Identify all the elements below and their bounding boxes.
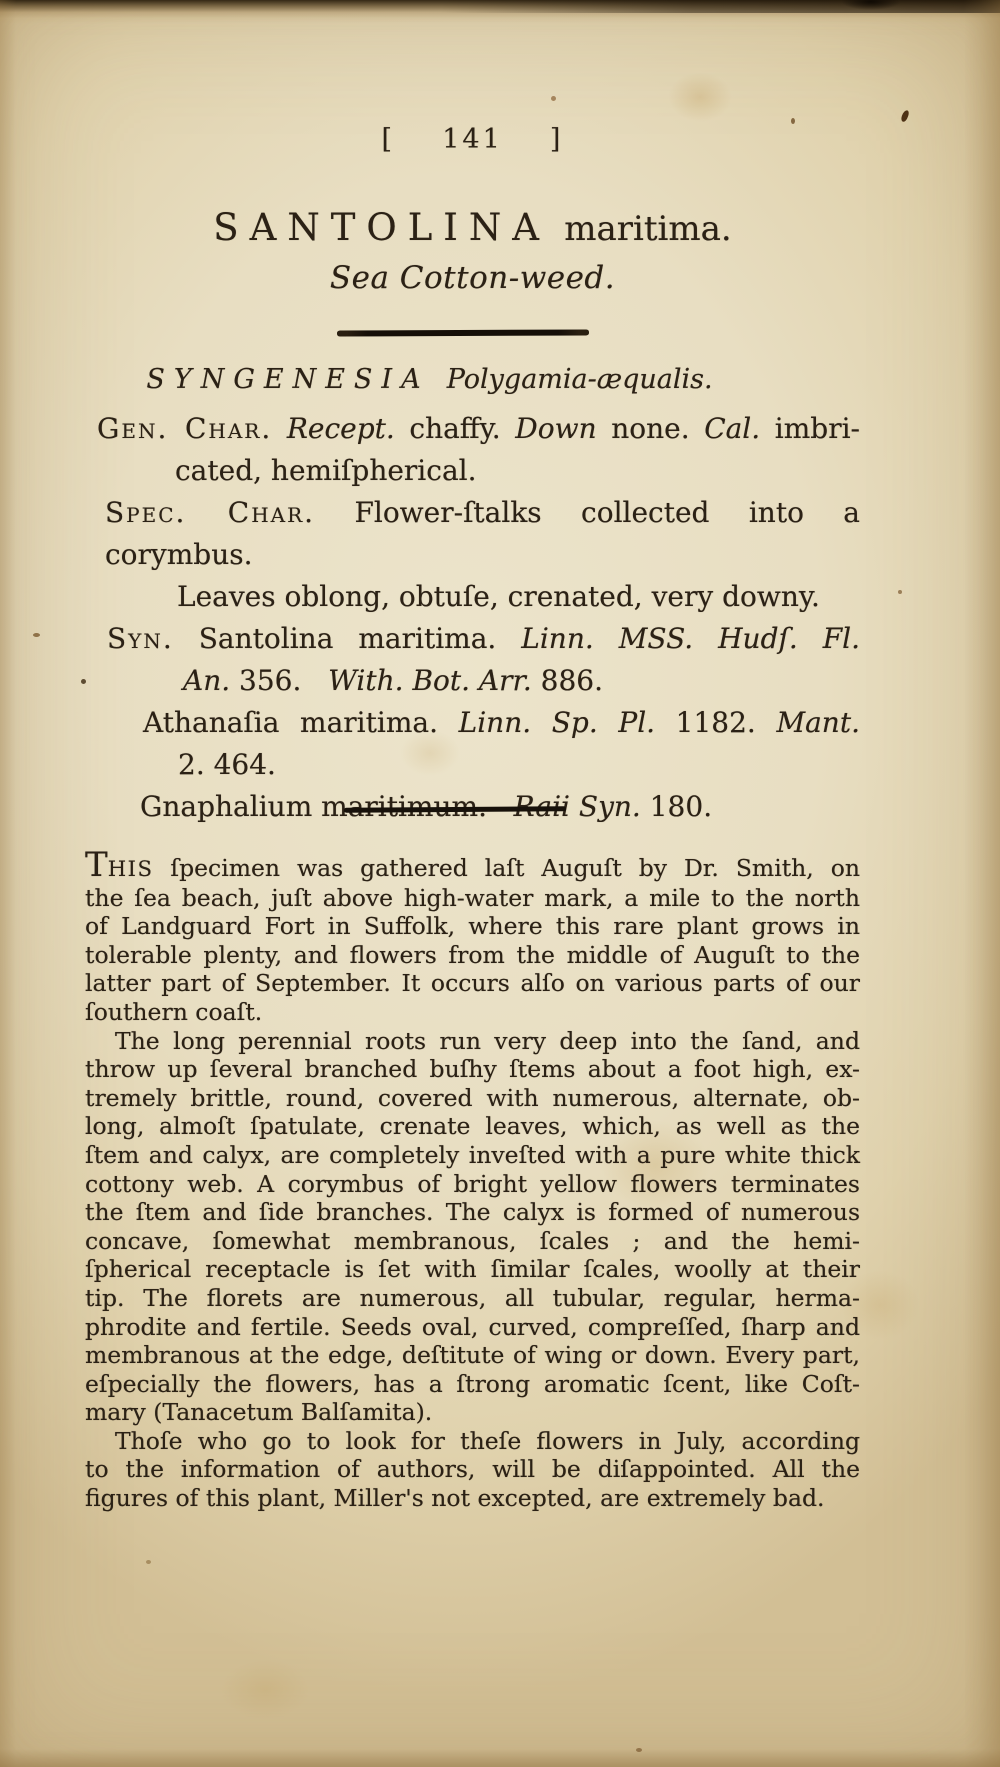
text-line: latter part of September. It occurs alſo… bbox=[85, 969, 860, 998]
linnaean-classification: SYNGENESIA Polygamia-æqualis. bbox=[85, 364, 860, 395]
text-segment: the ſtem and ſide branches. The calyx is… bbox=[85, 1198, 860, 1226]
text-line: The long perennial roots run very deep i… bbox=[85, 1027, 860, 1056]
text-line: eſpecially the flowers, has a ſtrong aro… bbox=[85, 1370, 860, 1399]
text-segment: HIS bbox=[108, 856, 154, 881]
text-line: Gen. Char. Recept. chaffy. Down none. Ca… bbox=[85, 408, 860, 450]
text-line: Athanaſia maritima. Linn. Sp. Pl. 1182. … bbox=[85, 702, 860, 744]
text-segment: Gen. Char. bbox=[97, 412, 272, 445]
paper-speck bbox=[900, 109, 909, 122]
text-segment: none. bbox=[597, 412, 705, 445]
text-segment: tremely brittle, round, covered with num… bbox=[85, 1084, 860, 1112]
text-segment: Santolina maritima. bbox=[174, 622, 521, 655]
text-segment: throw up ſeveral branched buſhy ſtems ab… bbox=[85, 1055, 860, 1083]
text-segment: latter part of September. It occurs alſo… bbox=[85, 969, 860, 997]
text-segment: 886. bbox=[532, 664, 603, 697]
text-segment: to the information of authors, will be d… bbox=[85, 1455, 860, 1483]
paper-speck bbox=[898, 590, 902, 594]
text-segment: the ſea beach, juſt above high-water mar… bbox=[85, 884, 860, 912]
text-segment: Athanaſia maritima. bbox=[143, 706, 459, 739]
text-segment: The long perennial roots run very deep i… bbox=[115, 1027, 860, 1055]
top-edge-blotch bbox=[842, 0, 900, 10]
foxing-stain bbox=[220, 1660, 310, 1720]
class-name: SYNGENESIA bbox=[146, 364, 429, 395]
page-left-edge bbox=[0, 0, 16, 1767]
text-segment: cottony web. A corymbus of bright yellow… bbox=[85, 1170, 860, 1198]
text-segment: concave, ſomewhat membranous, ſcales ; a… bbox=[85, 1227, 860, 1255]
text-line: Spec. Char. Flower-ſtalks collected into… bbox=[85, 492, 860, 576]
text-line: to the information of authors, will be d… bbox=[85, 1455, 860, 1484]
text-line: Thoſe who go to look for theſe flowers i… bbox=[85, 1427, 860, 1456]
text-segment: ſouthern coaſt. bbox=[85, 998, 262, 1026]
paper-speck bbox=[146, 1560, 151, 1564]
text-line: tip. The florets are numerous, all tubul… bbox=[85, 1284, 860, 1313]
text-line: phrodite and fertile. Seeds oval, curved… bbox=[85, 1313, 860, 1342]
page-top-edge-shadow bbox=[440, 0, 1000, 13]
text-segment: Down bbox=[515, 412, 596, 445]
text-segment: Syn. bbox=[107, 622, 174, 655]
foxing-stain bbox=[668, 72, 732, 122]
text-line: membranous at the edge, deſtitute of win… bbox=[85, 1341, 860, 1370]
text-line: concave, ſomewhat membranous, ſcales ; a… bbox=[85, 1227, 860, 1256]
description-text: THIS ſpecimen was gathered laſt Auguſt b… bbox=[85, 854, 860, 1513]
text-segment: membranous at the edge, deſtitute of win… bbox=[85, 1341, 860, 1369]
text-segment bbox=[272, 412, 287, 445]
text-segment: phrodite and fertile. Seeds oval, curved… bbox=[85, 1313, 860, 1341]
text-line: cated, hemiſpherical. bbox=[85, 450, 860, 492]
text-segment: Spec. Char. bbox=[105, 496, 315, 529]
text-line: figures of this plant, Miller's not exce… bbox=[85, 1484, 860, 1513]
text-segment: 2. 464. bbox=[178, 748, 276, 781]
text-line: ſouthern coaſt. bbox=[85, 998, 860, 1027]
text-line: of Landguard Fort in Suffolk, where this… bbox=[85, 912, 860, 941]
text-line: long, almoſt ſpatulate, crenate leaves, … bbox=[85, 1112, 860, 1141]
text-segment: chaffy. bbox=[395, 412, 515, 445]
text-segment: 180. bbox=[641, 790, 712, 823]
page-bottom-edge bbox=[0, 1749, 1000, 1767]
text-line: Leaves oblong, obtuſe, crenated, very do… bbox=[85, 576, 860, 618]
character-and-synonymy-section: Gen. Char. Recept. chaffy. Down none. Ca… bbox=[85, 408, 860, 828]
text-segment: imbri- bbox=[760, 412, 860, 445]
text-segment: long, almoſt ſpatulate, crenate leaves, … bbox=[85, 1112, 860, 1140]
text-segment: ſpecimen was gathered laſt Auguſt by Dr.… bbox=[153, 854, 860, 882]
species-epithet: maritima. bbox=[564, 209, 732, 249]
genus-name: SANTOLINA bbox=[213, 206, 550, 249]
text-segment: tip. The florets are numerous, all tubul… bbox=[85, 1284, 860, 1312]
paper-speck bbox=[636, 1748, 642, 1752]
text-segment: Mant. bbox=[776, 706, 860, 739]
text-line: throw up ſeveral branched buſhy ſtems ab… bbox=[85, 1055, 860, 1084]
text-segment: of Landguard Fort in Suffolk, where this… bbox=[85, 912, 860, 940]
text-line: THIS ſpecimen was gathered laſt Auguſt b… bbox=[85, 854, 860, 884]
text-segment: Linn. MSS. Hudſ. Fl. bbox=[521, 622, 860, 655]
text-line: ſtem and calyx, are completely inveſted … bbox=[85, 1141, 860, 1170]
text-line: mary (Tanacetum Balſamita). bbox=[85, 1398, 860, 1427]
text-line: the ſtem and ſide branches. The calyx is… bbox=[85, 1198, 860, 1227]
text-line: tremely brittle, round, covered with num… bbox=[85, 1084, 860, 1113]
text-segment: mary (Tanacetum Balſamita). bbox=[85, 1398, 432, 1426]
text-line: Syn. Santolina maritima. Linn. MSS. Hudſ… bbox=[85, 618, 860, 660]
text-segment: With. Bot. Arr. bbox=[328, 664, 532, 697]
paper-speck bbox=[33, 633, 40, 637]
text-segment: figures of this plant, Miller's not exce… bbox=[85, 1484, 824, 1512]
text-segment: ſpherical receptacle is ſet with ſimilar… bbox=[85, 1255, 860, 1283]
text-line: An. 356. With. Bot. Arr. 886. bbox=[85, 660, 860, 702]
book-page: [ 141 ] SANTOLINA maritima. Sea Cotton-w… bbox=[0, 0, 1000, 1767]
text-segment: ſtem and calyx, are completely inveſted … bbox=[85, 1141, 860, 1169]
text-segment: Cal. bbox=[704, 412, 760, 445]
text-line: cottony web. A corymbus of bright yellow… bbox=[85, 1170, 860, 1199]
text-line: 2. 464. bbox=[85, 744, 860, 786]
text-segment: Leaves oblong, obtuſe, crenated, very do… bbox=[177, 580, 820, 613]
text-line: the ſea beach, juſt above high-water mar… bbox=[85, 884, 860, 913]
page-title: SANTOLINA maritima. bbox=[85, 206, 860, 249]
common-name: Sea Cotton-weed. bbox=[85, 260, 860, 296]
page-right-edge bbox=[964, 0, 1000, 1767]
order-name: Polygamia-æqualis. bbox=[447, 364, 713, 395]
text-segment: tolerable plenty, and flowers from the m… bbox=[85, 941, 860, 969]
text-line: tolerable plenty, and flowers from the m… bbox=[85, 941, 860, 970]
text-segment: An. bbox=[183, 664, 230, 697]
page-number: [ 141 ] bbox=[85, 124, 860, 155]
text-segment: Linn. Sp. Pl. bbox=[459, 706, 655, 739]
text-segment: T bbox=[85, 845, 108, 885]
text-segment: Recept. bbox=[287, 412, 395, 445]
text-segment: Thoſe who go to look for theſe flowers i… bbox=[115, 1427, 860, 1455]
paper-speck bbox=[551, 96, 556, 101]
ornamental-rule-top bbox=[337, 329, 589, 336]
text-segment: 1182. bbox=[655, 706, 776, 739]
text-segment: eſpecially the flowers, has a ſtrong aro… bbox=[85, 1370, 860, 1398]
text-line: ſpherical receptacle is ſet with ſimilar… bbox=[85, 1255, 860, 1284]
text-segment: cated, hemiſpherical. bbox=[175, 454, 477, 487]
text-segment: 356. bbox=[230, 664, 328, 697]
